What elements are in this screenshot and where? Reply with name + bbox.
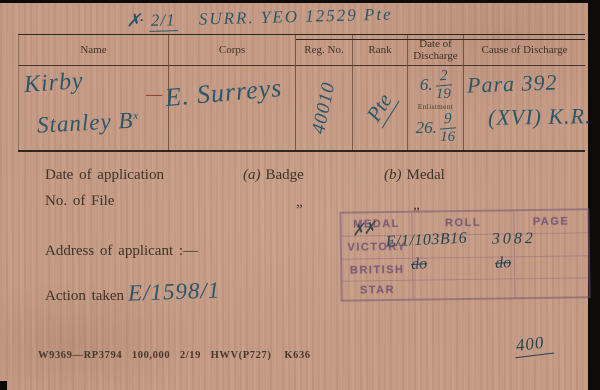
header-corps: Corps xyxy=(168,35,295,66)
badge-word: Badge xyxy=(266,167,304,183)
discharge-fraction: 2 19 xyxy=(436,69,452,102)
header-rank: Rank xyxy=(352,35,407,66)
victory-page-handwriting: 3082 xyxy=(492,230,536,249)
enlistment-month: 9 xyxy=(440,111,456,129)
discharge-date-handwriting: 6. 2 19 xyxy=(420,69,451,102)
header-reg-no: Reg. No. xyxy=(295,35,352,66)
cell-date-of-discharge: 6. 2 19 Enlistment 26. 9 16 xyxy=(407,66,463,150)
british-roll-ditto-handwriting: do xyxy=(398,255,441,275)
ditto-under-badge: „ xyxy=(296,194,303,211)
enlistment-day: 26. xyxy=(416,118,437,138)
no-of-file-label: No. of File xyxy=(45,193,114,210)
rank-handwriting: Pte xyxy=(360,88,399,129)
cell-rank: Pte xyxy=(352,66,407,150)
scan-edge-notch xyxy=(0,381,7,390)
forename-handwriting: Stanley Bx xyxy=(36,107,140,138)
enlistment-date-handwriting: 26. 9 16 xyxy=(416,112,456,145)
cause-line2-handwriting: (XVI) K.R. xyxy=(488,103,592,131)
forename-superscript: x xyxy=(133,110,140,122)
cell-reg-no: 40010 xyxy=(295,66,352,150)
enlistment-year: 16 xyxy=(440,129,455,145)
discharge-year: 19 xyxy=(436,86,451,102)
record-card: ✗· 2/1 SURR. YEO 12529 Pte Name Corps Re… xyxy=(0,3,588,390)
cell-cause-of-discharge: Para 392 (XVI) K.R. xyxy=(463,66,585,150)
date-of-application-label: Date of application xyxy=(45,167,164,184)
discharge-month: 2 xyxy=(436,68,452,86)
discharge-day: 6. xyxy=(420,75,433,95)
header-cause-of-discharge: Cause of Discharge xyxy=(463,35,585,66)
forename-text: Stanley B xyxy=(36,108,134,138)
tally-mark-handwriting: 400 xyxy=(513,332,554,359)
medal-label: (b)Medal xyxy=(384,167,445,184)
stamp-cell-star-page xyxy=(514,277,588,297)
medal-word: Medal xyxy=(407,167,445,183)
record-table: Name Corps Reg. No. Rank Date of Dischar… xyxy=(18,34,585,152)
top-annotation: ✗· 2/1 SURR. YEO 12529 Pte xyxy=(126,4,393,32)
corps-handwriting: E. Surreys xyxy=(164,73,284,113)
cell-name: Kirby — Stanley Bx xyxy=(18,66,168,150)
surname-handwriting: Kirby xyxy=(23,68,84,99)
cause-line1-handwriting: Para 392 xyxy=(467,69,558,98)
badge-label: (a)Badge xyxy=(243,167,304,184)
medal-roll-stamp: MEDAL ROLL PAGE VICTORY BRITISH STAR ✗✗ … xyxy=(339,208,590,301)
stamp-grid: MEDAL ROLL PAGE VICTORY BRITISH STAR xyxy=(339,208,590,301)
x-mark: ✗· xyxy=(126,10,142,30)
stamp-row-star: STAR xyxy=(342,280,412,300)
unit-fraction: 2/1 xyxy=(149,10,178,32)
address-of-applicant-label: Address of applicant :— xyxy=(45,243,198,260)
header-name: Name xyxy=(18,35,168,66)
cell-corps: E. Surreys xyxy=(168,66,295,150)
red-dash-mark: — xyxy=(146,86,162,104)
action-taken-label: Action taken xyxy=(45,288,124,305)
reg-no-handwriting: 40010 xyxy=(308,80,340,136)
stamp-cell-star-roll xyxy=(412,278,514,298)
enlistment-fraction: 9 16 xyxy=(440,112,456,145)
stamp-cell-british-page xyxy=(514,255,588,278)
stamp-x-marks-handwriting: ✗✗ xyxy=(350,218,376,241)
unit-and-number: SURR. YEO 12529 Pte xyxy=(199,5,393,29)
printer-code: W9369—RP3794 100,000 2/19 HWV(P727) K636 xyxy=(38,350,311,361)
medal-prefix: (b) xyxy=(384,167,402,183)
badge-prefix: (a) xyxy=(243,167,261,183)
british-page-ditto-handwriting: do xyxy=(482,253,525,273)
enlistment-label: Enlistment xyxy=(418,102,454,111)
action-taken-handwriting: E/1598/1 xyxy=(128,277,221,306)
header-date-of-discharge: Date of Discharge xyxy=(407,35,463,66)
